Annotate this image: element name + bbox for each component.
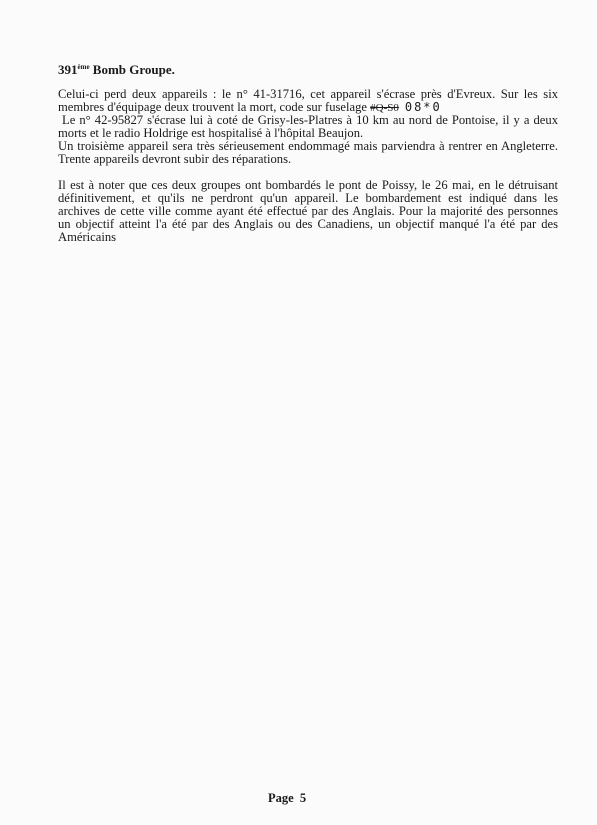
text-span: membres d'équipage deux trouvent la mort… <box>58 100 367 114</box>
text-line: Trente appareils devront subir des répar… <box>58 153 558 166</box>
group-number: 391 <box>58 62 78 77</box>
title-text: Bomb Groupe. <box>90 62 175 77</box>
handwritten-fuselage-code: 08*0 <box>405 100 442 114</box>
text-line: un objectif atteint l'a été par des Angl… <box>58 218 558 231</box>
document-page: 391ème Bomb Groupe. Celui-ci perd deux a… <box>0 0 597 825</box>
section-title: 391ème Bomb Groupe. <box>58 62 175 78</box>
text-line: Américains <box>58 231 558 244</box>
ordinal-superscript: ème <box>78 63 90 71</box>
page-number: Page 5 <box>268 791 306 806</box>
